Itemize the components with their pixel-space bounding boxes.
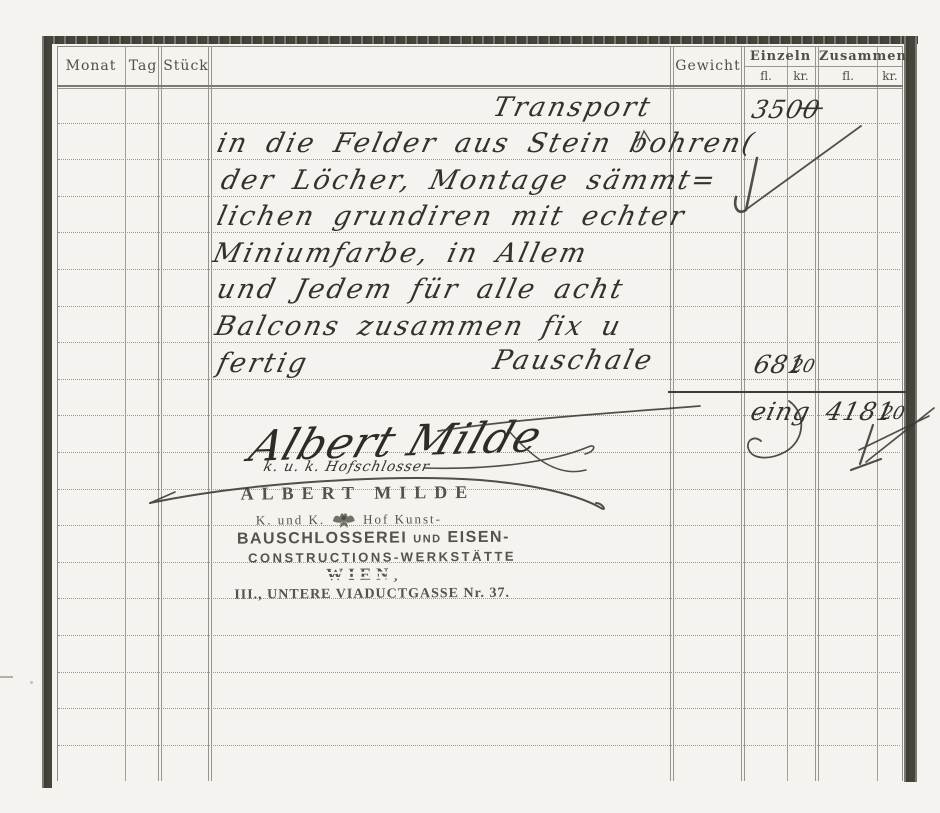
stamp-word-wien: WIEN, — [326, 564, 403, 584]
scan-speck — [30, 681, 33, 684]
stamp-line-wien: WIEN, — [326, 564, 403, 585]
stamp-kuk-right: Hof Kunst- — [363, 511, 442, 528]
stamp-kuk-left: K. und K. — [256, 512, 325, 528]
company-stamp: ALBERT MILDE K. und K. Hof Kunst- BAUSCH… — [0, 0, 940, 813]
stamp-word-und: UND — [413, 533, 441, 545]
stamp-company-name: ALBERT MILDE — [241, 482, 476, 505]
stamp-kuk-line: K. und K. Hof Kunst- — [256, 508, 442, 531]
stamp-word-eisen: EISEN- — [447, 529, 509, 546]
stamp-line-address: III., UNTERE VIADUCTGASSE Nr. 37. — [234, 586, 510, 604]
imperial-eagle-icon — [330, 509, 358, 531]
stamp-word-bauschlosserei: BAUSCHLOSSEREI — [237, 529, 407, 547]
scan-speck — [0, 676, 13, 678]
ledger-page-scan: Monat Tag Stück Gewicht Einzeln Zusammen… — [0, 0, 940, 813]
stamp-line-constructions: CONSTRUCTIONS-WERKSTÄTTE — [248, 549, 516, 566]
stamp-line-bauschlosserei: BAUSCHLOSSEREI UND EISEN- — [237, 529, 510, 549]
